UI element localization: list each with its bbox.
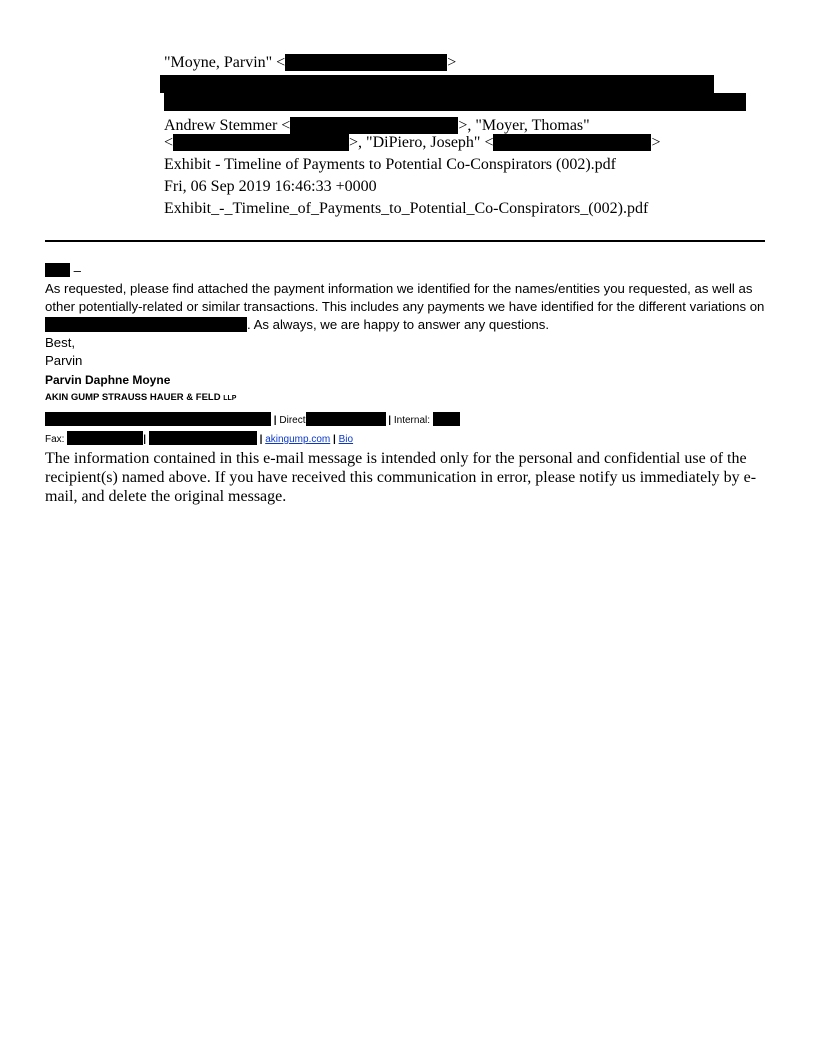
redacted-fax [67,431,143,445]
from-close-bracket: > [447,54,456,71]
separator: | [333,434,336,445]
from-name: "Moyne, Parvin" < [164,54,285,71]
cc-name-moyer: >, "Moyer, Thomas" [458,117,589,134]
signature-firm: AKIN GUMP STRAUSS HAUER & FELD LLP [45,389,775,408]
cc-name-stemmer: Andrew Stemmer < [164,117,290,134]
cc-value-line-2: <>, "DiPiero, Joseph" <> [164,134,661,152]
cc-close-bracket: > [651,134,660,151]
from-value: "Moyne, Parvin" <> [164,54,456,72]
direct-label: Direct [279,415,305,426]
header-divider [45,240,765,242]
separator: | [274,415,277,426]
signature-contact-line-2: Fax: | | akingump.com | Bio [45,431,775,446]
signature-name: Parvin Daphne Moyne [45,371,775,389]
body-paragraph: As requested, please find attached the p… [45,280,775,334]
separator: | [388,415,391,426]
redacted-cc-email-3 [493,134,651,151]
redacted-from-email [285,54,447,71]
redacted-to-recipients-line-1 [160,75,714,93]
redacted-to-recipients-line-2 [164,93,746,111]
redacted-email [149,431,257,445]
signature-contact-line-1: | Direct | Internal: [45,412,775,427]
closing: Best, [45,334,775,352]
body-paragraph-text-2: variations on [690,299,765,314]
redacted-address [45,412,271,426]
redacted-cc-email-1 [290,117,458,134]
body-paragraph-text-1: As requested, please find attached the p… [45,281,752,314]
greeting-line: – [45,262,775,280]
firm-suffix: LLP [223,395,236,402]
internal-label: Internal: [394,415,430,426]
redacted-internal-ext [433,412,460,426]
body-paragraph-text-3: . As always, we are happy to answer any … [247,317,549,332]
cc-name-dipiero: >, "DiPiero, Joseph" < [349,134,493,151]
redacted-cc-email-2 [173,134,349,151]
separator: | [143,434,146,445]
signoff: Parvin [45,352,775,370]
redacted-greeting-name [45,263,70,277]
fax-label: Fax: [45,434,64,445]
website-link[interactable]: akingump.com [265,434,330,445]
confidentiality-disclaimer: The information contained in this e-mail… [45,449,775,506]
date-value: Fri, 06 Sep 2019 16:46:33 +0000 [164,178,377,196]
cc-open-bracket: < [164,134,173,151]
bio-link[interactable]: Bio [339,434,353,445]
cc-value-line-1: Andrew Stemmer <>, "Moyer, Thomas" [164,117,590,135]
message-body: – As requested, please find attached the… [45,262,775,446]
firm-name: AKIN GUMP STRAUSS HAUER & FELD [45,392,221,403]
greeting-dash: – [70,263,81,278]
subject-value: Exhibit - Timeline of Payments to Potent… [164,156,616,174]
redacted-entity-name [45,317,247,332]
redacted-direct-phone [306,412,386,426]
attachment-file[interactable]: Exhibit_-_Timeline_of_Payments_to_Potent… [164,200,648,218]
separator: | [260,434,263,445]
